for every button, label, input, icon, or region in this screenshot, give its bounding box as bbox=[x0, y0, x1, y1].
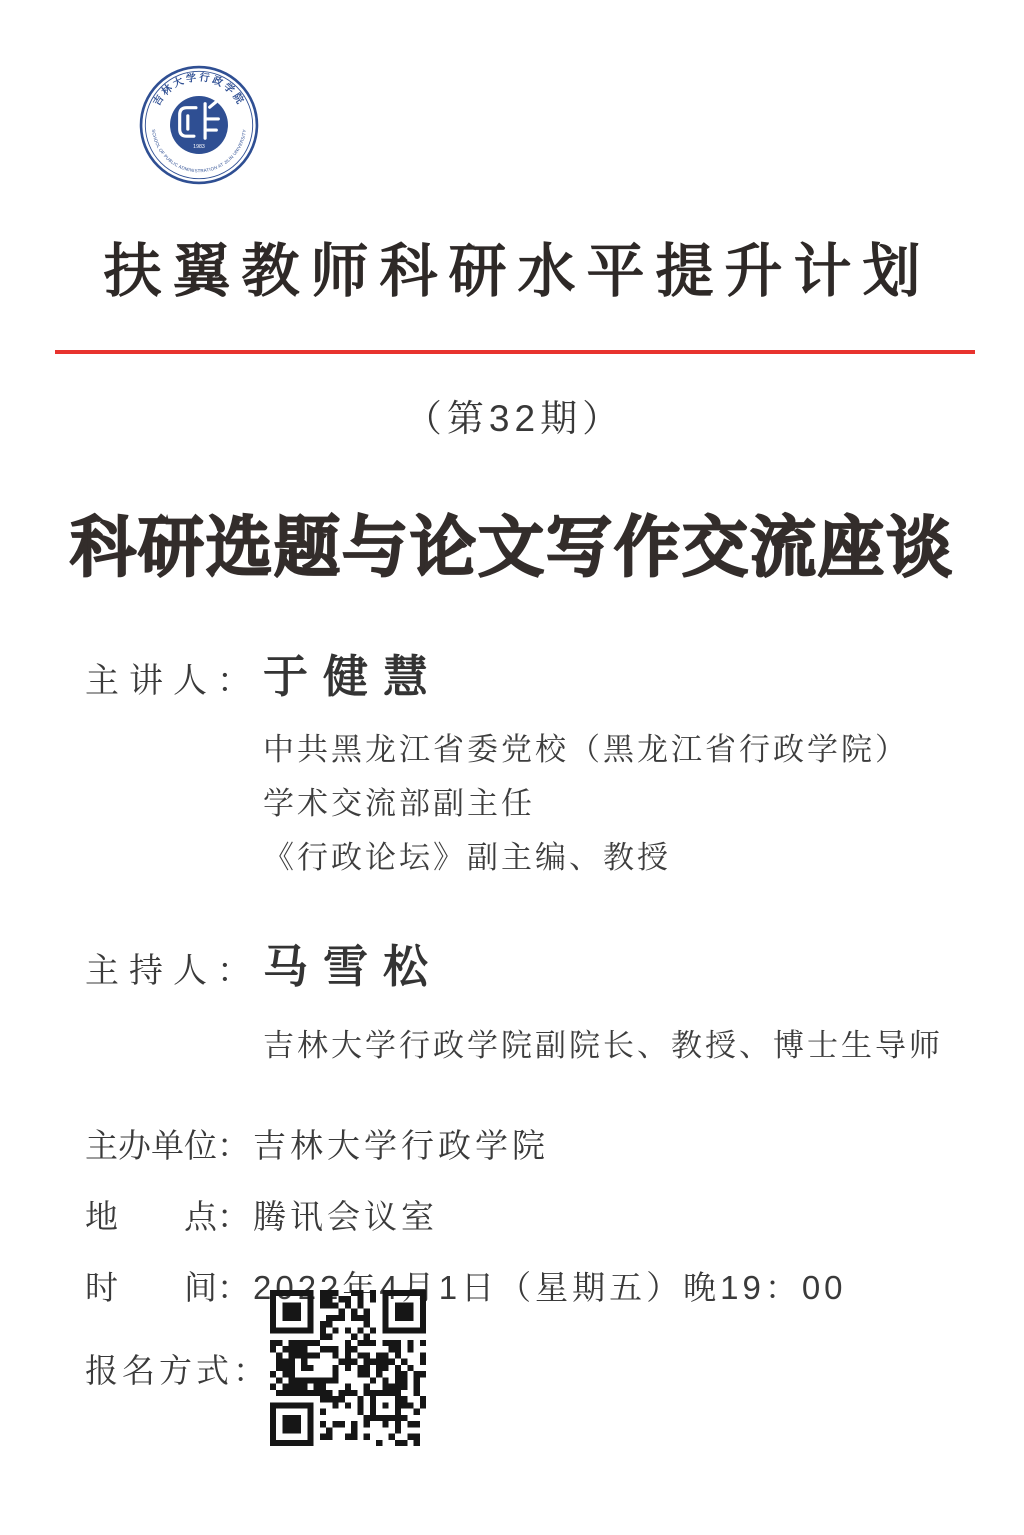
session-number: （第32期） bbox=[0, 388, 1024, 442]
event-poster: 吉林大学行政学院 SCHOOL OF PUBLIC ADMINISTRATION… bbox=[0, 0, 1024, 1535]
host-details: 吉林大学行政学院副院长、教授、博士生导师 bbox=[263, 1019, 1004, 1073]
speaker-name: 于健慧 bbox=[263, 640, 443, 705]
signup-label: 报名方式： bbox=[85, 1345, 270, 1392]
event-title: 科研选题与论文写作交流座谈 bbox=[0, 494, 1024, 589]
organizer-row: 主办单位： 吉林大学行政学院 bbox=[85, 1120, 847, 1167]
qr-code bbox=[270, 1290, 426, 1446]
host-name: 马雪松 bbox=[263, 930, 443, 995]
speaker-section: 主讲人： 于健慧 中共黑龙江省委党校（黑龙江省行政学院） 学术交流部副主任 《行… bbox=[85, 640, 1004, 885]
program-title: 扶翼教师科研水平提升计划 bbox=[0, 224, 1024, 308]
speaker-detail-line: 学术交流部副主任 bbox=[263, 777, 1004, 831]
red-divider-line bbox=[55, 350, 975, 354]
host-detail-line: 吉林大学行政学院副院长、教授、博士生导师 bbox=[263, 1019, 1004, 1073]
location-value: 腾讯会议室 bbox=[253, 1191, 438, 1238]
school-logo: 吉林大学行政学院 SCHOOL OF PUBLIC ADMINISTRATION… bbox=[138, 64, 260, 186]
location-row: 地 点： 腾讯会议室 bbox=[85, 1191, 847, 1238]
location-label: 地 点： bbox=[85, 1191, 253, 1238]
organizer-label: 主办单位： bbox=[85, 1120, 253, 1167]
school-logo-badge: 吉林大学行政学院 SCHOOL OF PUBLIC ADMINISTRATION… bbox=[138, 64, 260, 186]
speaker-detail-line: 《行政论坛》副主编、教授 bbox=[263, 831, 1004, 885]
host-row: 主持人： 马雪松 bbox=[85, 930, 1004, 995]
logo-year: 1983 bbox=[193, 144, 205, 150]
speaker-label: 主讲人： bbox=[85, 653, 263, 702]
host-section: 主持人： 马雪松 吉林大学行政学院副院长、教授、博士生导师 bbox=[85, 930, 1004, 1073]
speaker-row: 主讲人： 于健慧 bbox=[85, 640, 1004, 705]
speaker-details: 中共黑龙江省委党校（黑龙江省行政学院） 学术交流部副主任 《行政论坛》副主编、教… bbox=[263, 723, 1004, 885]
speaker-detail-line: 中共黑龙江省委党校（黑龙江省行政学院） bbox=[263, 723, 1004, 777]
qr-code-image bbox=[270, 1290, 426, 1446]
signup-section: 报名方式： bbox=[85, 1290, 426, 1446]
event-info: 主办单位： 吉林大学行政学院 地 点： 腾讯会议室 时 间： 2022年4月1日… bbox=[85, 1120, 847, 1309]
host-label: 主持人： bbox=[85, 943, 263, 992]
organizer-value: 吉林大学行政学院 bbox=[253, 1120, 549, 1167]
